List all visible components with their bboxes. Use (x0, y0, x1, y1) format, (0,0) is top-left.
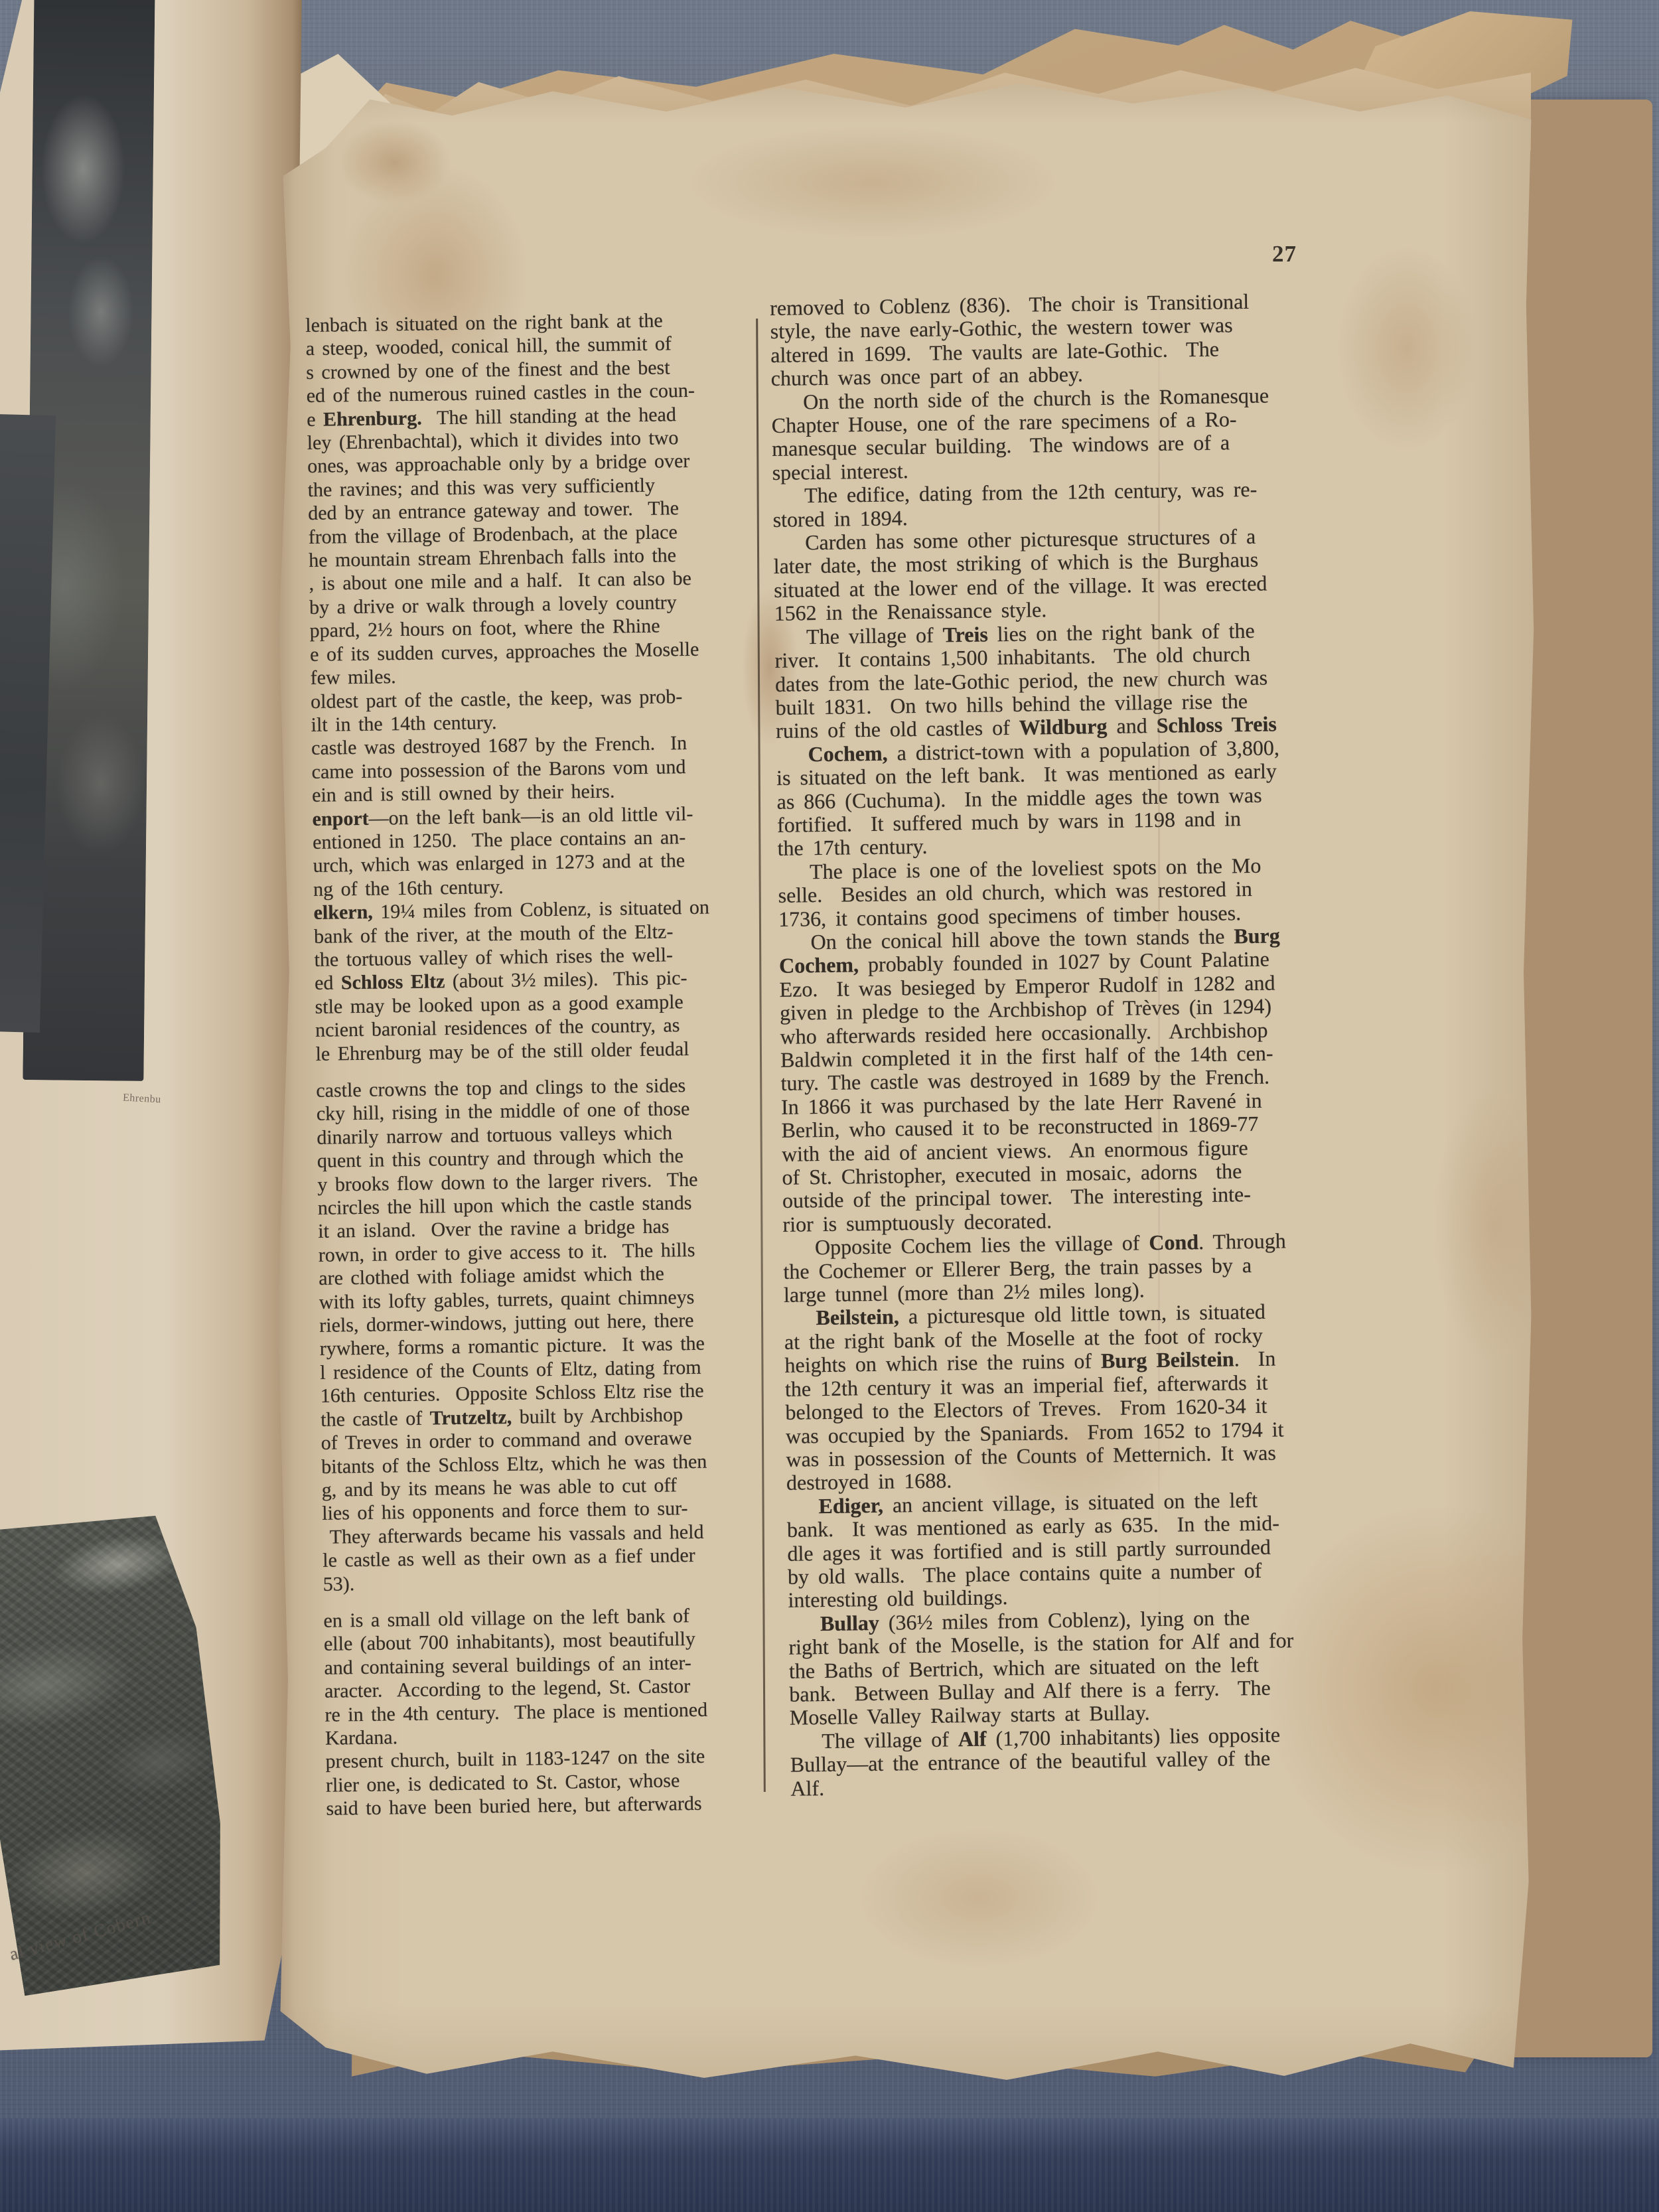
text-column-left: lenbach is situated on the right bank at… (305, 307, 791, 1820)
background-fabric-shadow-strip (0, 2118, 1659, 2212)
left-page: Ehrenbu al view of Cobern (0, 0, 302, 2051)
book-page: 27 lenbach is situated on the right bank… (275, 63, 1536, 2084)
page-number: 27 (1272, 241, 1297, 267)
text-column-right: removed to Coblenz (836). The choir is T… (770, 288, 1423, 1801)
photo-caption-fragment: Ehrenbu (123, 1092, 162, 1106)
